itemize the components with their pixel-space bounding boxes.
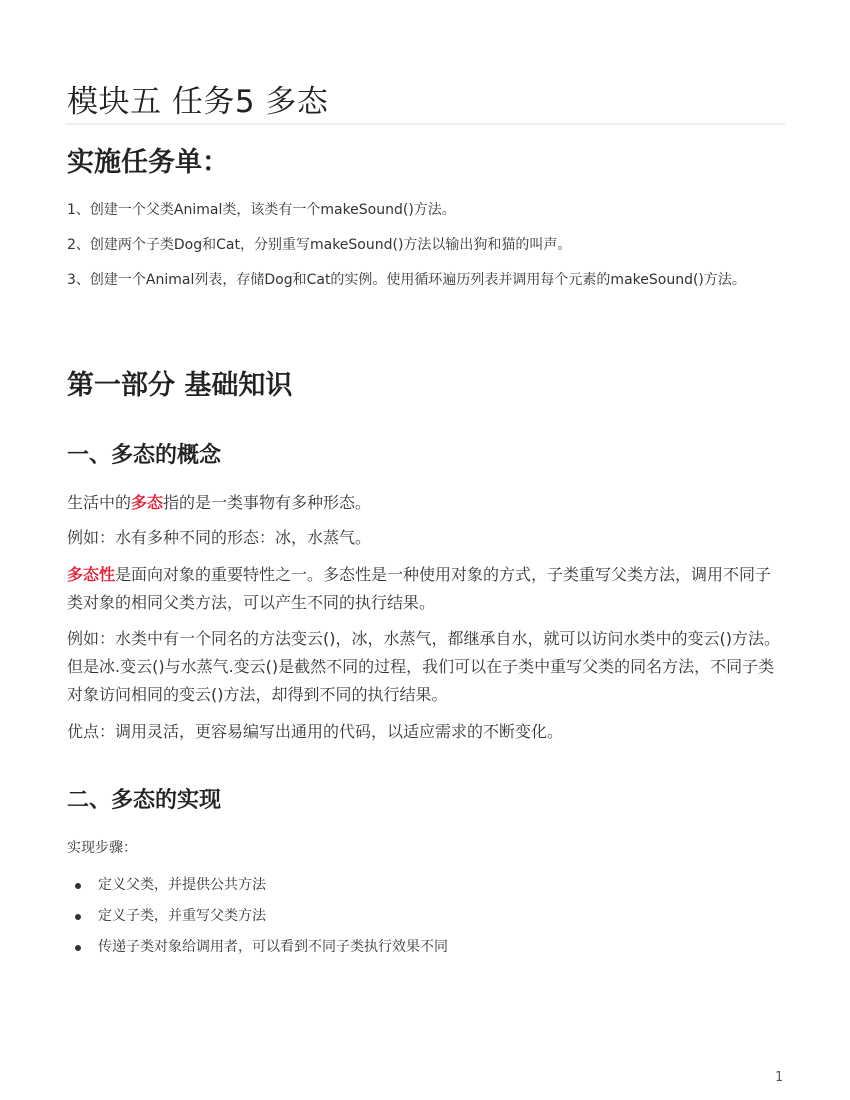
bullet-icon — [75, 914, 81, 920]
list-item-text: 传递子类对象给调用者，可以看到不同子类执行效果不同 — [98, 939, 448, 955]
list-item: 定义父类，并提供公共方法 — [67, 870, 448, 901]
section1-paragraph-1: 生活中的多态指的是一类事物有多种形态。 — [67, 489, 784, 517]
list-item-text: 定义子类，并重写父类方法 — [98, 908, 266, 924]
task-item-3: 3、创建一个Animal列表，存储Dog和Cat的实例。使用循环遍历列表并调用每… — [67, 266, 784, 294]
bullet-icon — [75, 945, 81, 951]
section1-heading: 一、多态的概念 — [67, 438, 221, 469]
bullet-icon — [75, 883, 81, 889]
task-sheet-heading: 实施任务单： — [67, 140, 229, 179]
page-number: 1 — [775, 1070, 783, 1085]
section2-heading: 二、多态的实现 — [67, 783, 221, 814]
p1-prefix: 生活中的 — [67, 493, 131, 512]
section1-paragraph-2: 例如：水有多种不同的形态：冰，水蒸气。 — [67, 524, 784, 552]
implementation-steps-list: 定义父类，并提供公共方法 定义子类，并重写父类方法 传递子类对象给调用者，可以看… — [67, 870, 448, 963]
part1-heading: 第一部分 基础知识 — [67, 363, 292, 402]
list-item: 传递子类对象给调用者，可以看到不同子类执行效果不同 — [67, 932, 448, 963]
title-divider — [65, 123, 785, 125]
task-item-1: 1、创建一个父类Animal类，该类有一个makeSound()方法。 — [67, 196, 784, 224]
highlight-polymorphism-property: 多态性 — [67, 565, 115, 584]
list-item-text: 定义父类，并提供公共方法 — [98, 877, 266, 893]
p3-suffix: 是面向对象的重要特性之一。多态性是一种使用对象的方式，子类重写父类方法，调用不同… — [67, 565, 771, 612]
list-item: 定义子类，并重写父类方法 — [67, 901, 448, 932]
p1-suffix: 指的是一类事物有多种形态。 — [163, 493, 371, 512]
section2-intro: 实现步骤： — [67, 834, 784, 862]
task-item-2: 2、创建两个子类Dog和Cat，分别重写makeSound()方法以输出狗和猫的… — [67, 231, 784, 259]
section1-paragraph-5: 优点：调用灵活，更容易编写出通用的代码，以适应需求的不断变化。 — [67, 718, 784, 746]
section1-paragraph-4: 例如：水类中有一个同名的方法变云()，冰，水蒸气，都继承自水，就可以访问水类中的… — [67, 625, 784, 709]
page-title: 模块五 任务5 多态 — [67, 76, 328, 121]
section1-paragraph-3: 多态性是面向对象的重要特性之一。多态性是一种使用对象的方式，子类重写父类方法，调… — [67, 561, 784, 617]
highlight-polymorphism: 多态 — [131, 493, 163, 512]
